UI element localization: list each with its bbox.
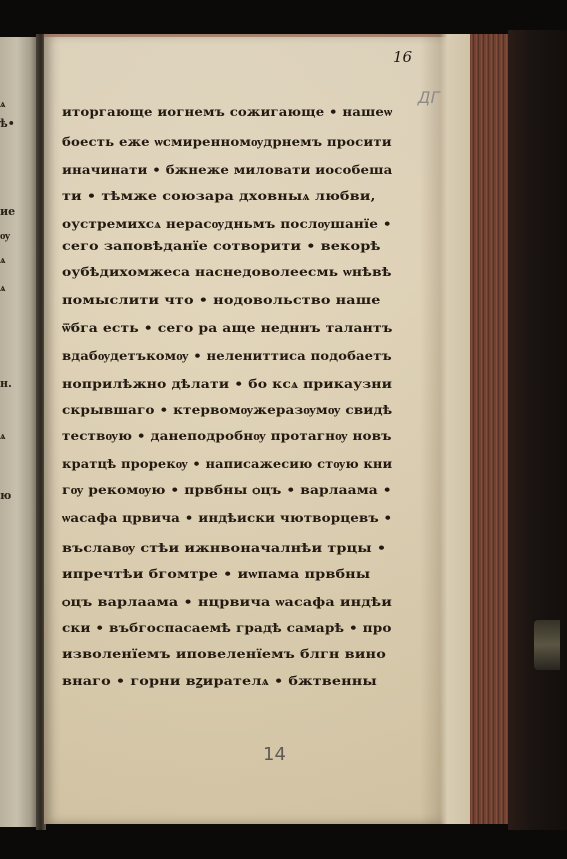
clasp [534, 620, 560, 670]
prev-page-fragment: н. [0, 377, 12, 390]
folio-number-ink: 16 [393, 48, 412, 66]
text-line: ти • тѣмже союзара дховныѧ любви, [62, 188, 376, 204]
text-line: ѿбга есть • сего ра аще недннъ талантъ [62, 320, 393, 336]
book-block-edges [470, 34, 510, 824]
folio-number-pencil: ДГ [416, 88, 442, 107]
prev-page-fragment: ѧ [0, 281, 6, 294]
text-line: иторгающе иогнемъ сожигающе • нашеѡ [62, 104, 392, 120]
text-line: помыслити что • нодовольство наше [62, 292, 381, 307]
text-line: ноприлѣжно дѣлати • бо ксѧ прикаузни [62, 376, 392, 392]
text-line: оустремихсѧ нерасѹдньмъ послѹшанїе • [62, 216, 392, 232]
text-line: оубѣдихомжеса наснедоволеесмь ѡнѣвѣ [62, 264, 392, 280]
text-line: скрывшаго • ктервомѹжеразѹмѹ свидѣ [62, 402, 392, 418]
text-line: вдабѹдетъкомѹ • нелениттиса подобаетъ [62, 348, 392, 364]
text-line: изволенїемъ иповеленїемъ блгн вино [62, 646, 386, 661]
text-line: внаго • горни вꙁирателѧ • бжтвенны [62, 672, 377, 689]
page-edge-shading [420, 34, 470, 824]
prev-page-fragment: ие [0, 205, 15, 218]
text-line: ѻцъ варлаама • нцрвича ѡасафа индѣи [62, 594, 392, 610]
prev-page-fragment: ѧ [0, 253, 6, 266]
book-cover [508, 30, 567, 830]
prev-page-fragment: ѧ [0, 97, 6, 110]
pencil-annotation-bottom: 14 [263, 744, 286, 765]
prev-page-fragment: ѧ [0, 429, 6, 442]
text-line: ѡасафа црвича • индѣиски чютворцевъ • [62, 510, 392, 526]
text-line: иначинати • бжнеже миловати иособеша [62, 162, 392, 177]
text-line: сего заповѣданїе сотворити • векорѣ [62, 238, 381, 253]
text-line: ипречтѣи бгомтре • иѡпама првбны [62, 566, 370, 582]
prev-page-fragment: ю [0, 489, 11, 502]
text-line: въславѹ стѣи ижнвоначалнѣи трцы • [62, 540, 386, 556]
prev-page-fragment: ѣ• [0, 117, 15, 130]
manuscript-photo: ѧ ѣ• ие ѹ ѧ ѧ н. ѧ ю 16 ДГ иторгающе иог… [0, 0, 567, 859]
text-line: гѹ рекомѹю • првбны ѻцъ • варлаама • [62, 482, 392, 498]
text-line: боесть еже ѡсмиренномѹдрнемъ просити [62, 134, 392, 150]
text-line: кратцѣ прорекѹ • написажесию стѹю кни [62, 456, 392, 472]
text-line: тествѹю • данеподробнѹ протагнѹ новъ [62, 428, 392, 444]
text-line: ски • въбгоспасаемѣ градѣ самарѣ • про [62, 620, 392, 635]
previous-page-edge: ѧ ѣ• ие ѹ ѧ ѧ н. ѧ ю [0, 37, 38, 827]
prev-page-fragment: ѹ [0, 229, 10, 242]
